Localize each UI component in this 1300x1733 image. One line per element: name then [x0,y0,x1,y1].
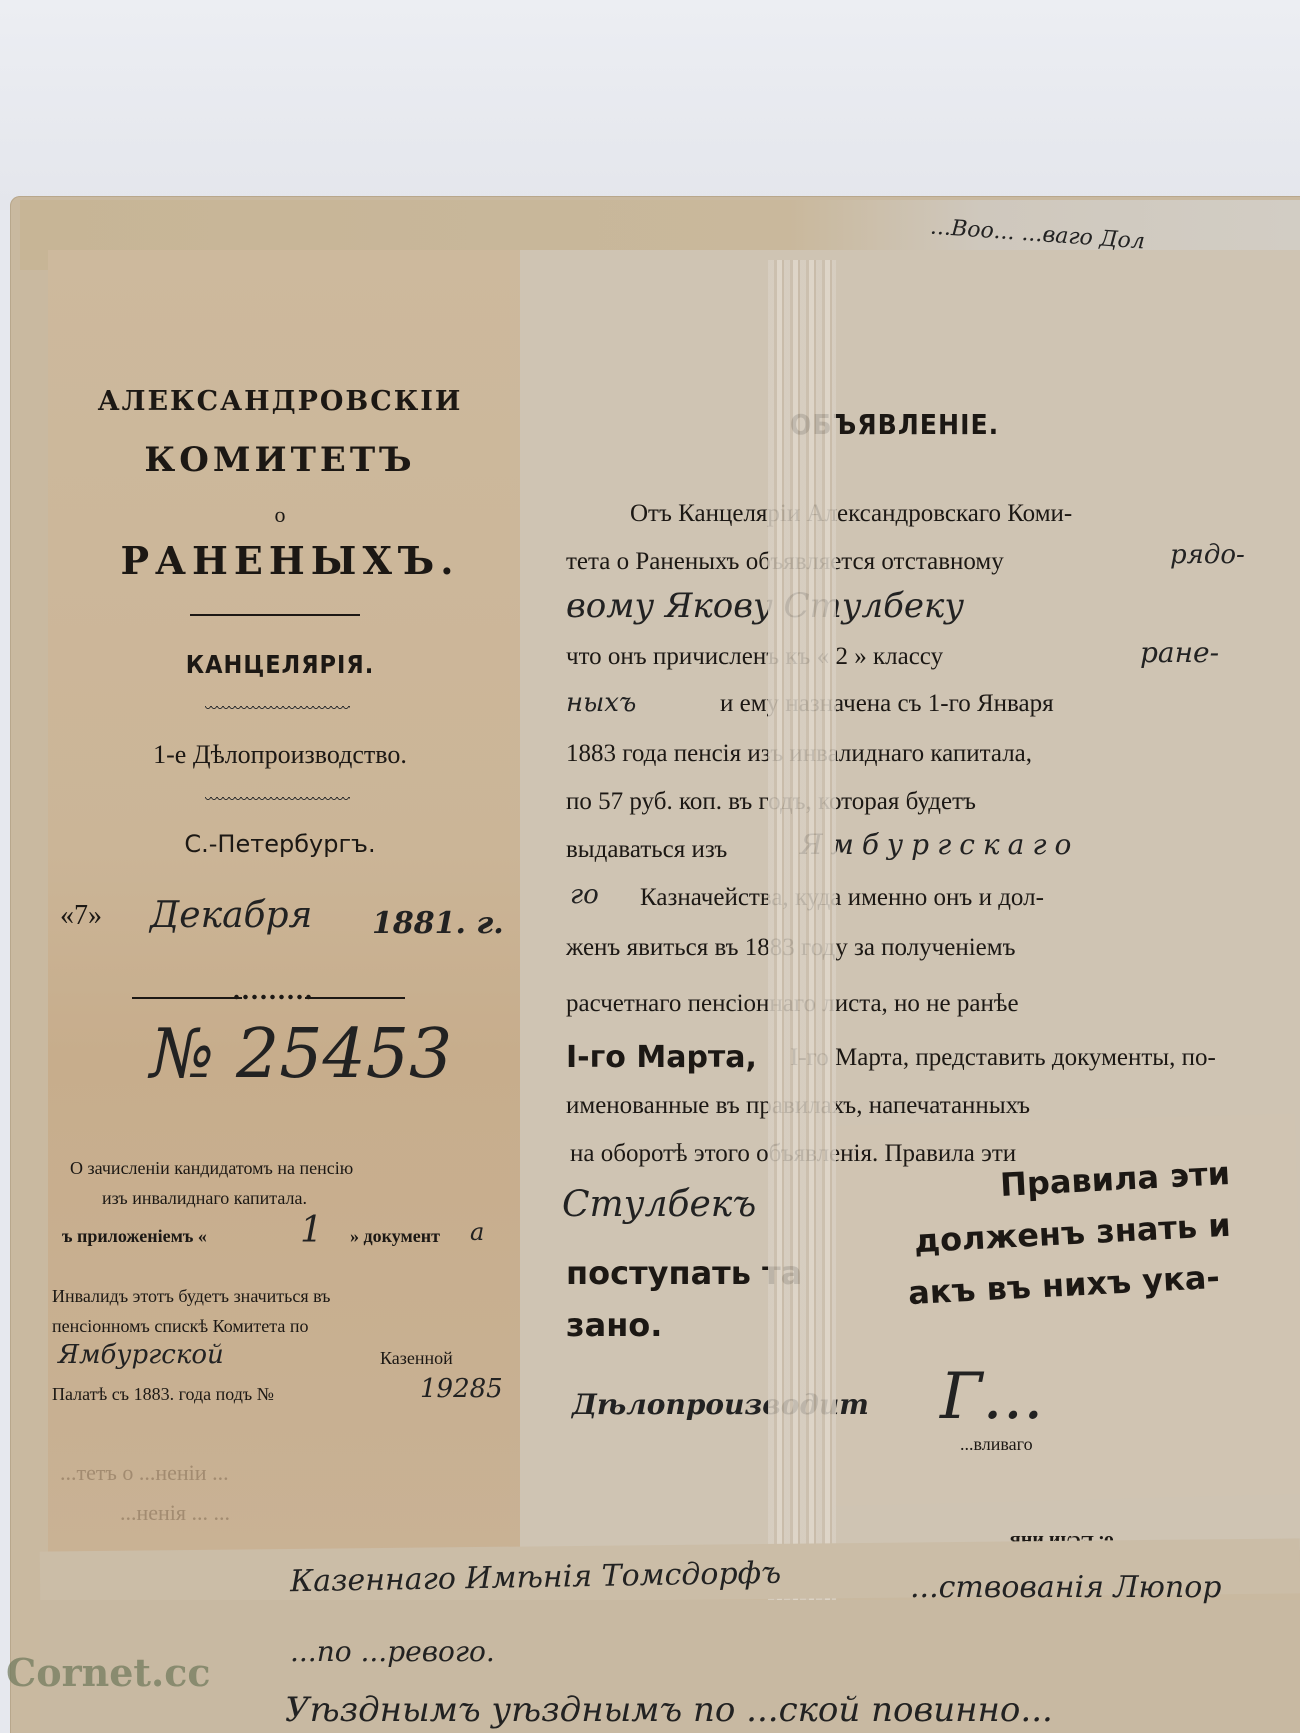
ornament-rule-left [132,997,242,999]
attachment-count: 1 [300,1210,323,1251]
background-surface [0,0,1300,210]
subject-line1: О зачисленiи кандидатомъ на пенсiю [70,1158,353,1179]
faded-text-line2: ...ненiя ... ... [120,1500,230,1526]
handwritten-class-word: ране- [1140,636,1219,669]
registry-line2: пенсiонномъ спискѣ Комитета по [52,1316,308,1337]
bold-march: I-го Марта, [566,1040,757,1075]
registry-handwritten-region: Ямбургской [58,1340,224,1370]
handwritten-treasury: Ямбургскаго [800,828,1079,861]
bottom-handwriting-line1b: ...ствованiя Люпор [910,1570,1222,1605]
document-number: № 25453 [150,1015,452,1094]
registry-line4: Палатѣ съ 1883. года подъ № [52,1384,274,1405]
city-label: С.-Петербургъ. [60,830,500,858]
wavy-divider [205,706,350,712]
body-line-11-rest: I-го Марта, представить документы, по- [790,1044,1216,1072]
wavy-divider [205,797,350,803]
handwritten-rank-part1: рядо- [1170,540,1245,570]
bold-act: поступать та [566,1254,802,1292]
office-label: КАНЦЕЛЯРIЯ. [70,650,490,679]
fragment-text: ...вливаго [960,1434,1033,1455]
attachment-handwritten-ending: а [470,1218,484,1246]
body-line-3: что онъ причисленъ къ « 2 » классу [566,643,943,671]
subject-line2: изъ инвалиднаго капитала. [102,1188,307,1209]
committee-title-line1: АЛЕКСАНДРОВСКIИ [60,386,500,417]
repair-tape-strip [768,260,836,1730]
committee-title-line2: КОМИТЕТЪ [60,440,500,480]
faded-text-line1: ...тетъ о ...ненiи ... [60,1460,229,1486]
bottom-handwriting-line2: ...по ...ревого. [290,1635,495,1668]
department-label: 1-е Дѣлопроизводство. [60,740,500,770]
attachment-suffix: » документ [350,1226,440,1247]
body-line-1: Отъ Канцелярiи Александровскаго Коми- [630,500,1072,528]
handwritten-surname: Стулбекъ [562,1184,756,1225]
bold-stated: зано. [566,1306,662,1344]
date-day: «7» [60,900,102,932]
attachment-prefix: ъ приложенiемъ « [62,1226,207,1247]
body-line-7: выдаваться изъ [566,836,727,864]
handwritten-treasury-end: го [570,880,599,910]
registry-line1: Инвалидъ этотъ будетъ значиться въ [52,1286,330,1307]
bottom-handwriting-line3: Уѣзднымъ уѣзднымъ по ...ской повинно... [285,1690,1053,1730]
signature-handwritten: Г... [940,1360,1043,1434]
ornament-beads [232,994,312,1000]
date-month-handwritten: Декабря [150,895,312,936]
handwritten-class-word2: ныхъ [566,688,636,718]
committee-title-line4: РАНЕНЫХЪ. [70,538,510,583]
handwritten-name: вому Якову Стулбеку [566,586,964,626]
ornament-rule-right [305,997,405,999]
registry-number: 19285 [420,1374,503,1404]
committee-title-line3: о [60,502,500,528]
body-line-8: Казначейства, куда именно онъ и дол- [640,884,1044,912]
title-divider [190,614,360,616]
watermark-logo: Cornet.cc [6,1650,210,1695]
registry-line3-end: Казенной [380,1348,453,1369]
date-year: 1881. г. [372,906,504,941]
